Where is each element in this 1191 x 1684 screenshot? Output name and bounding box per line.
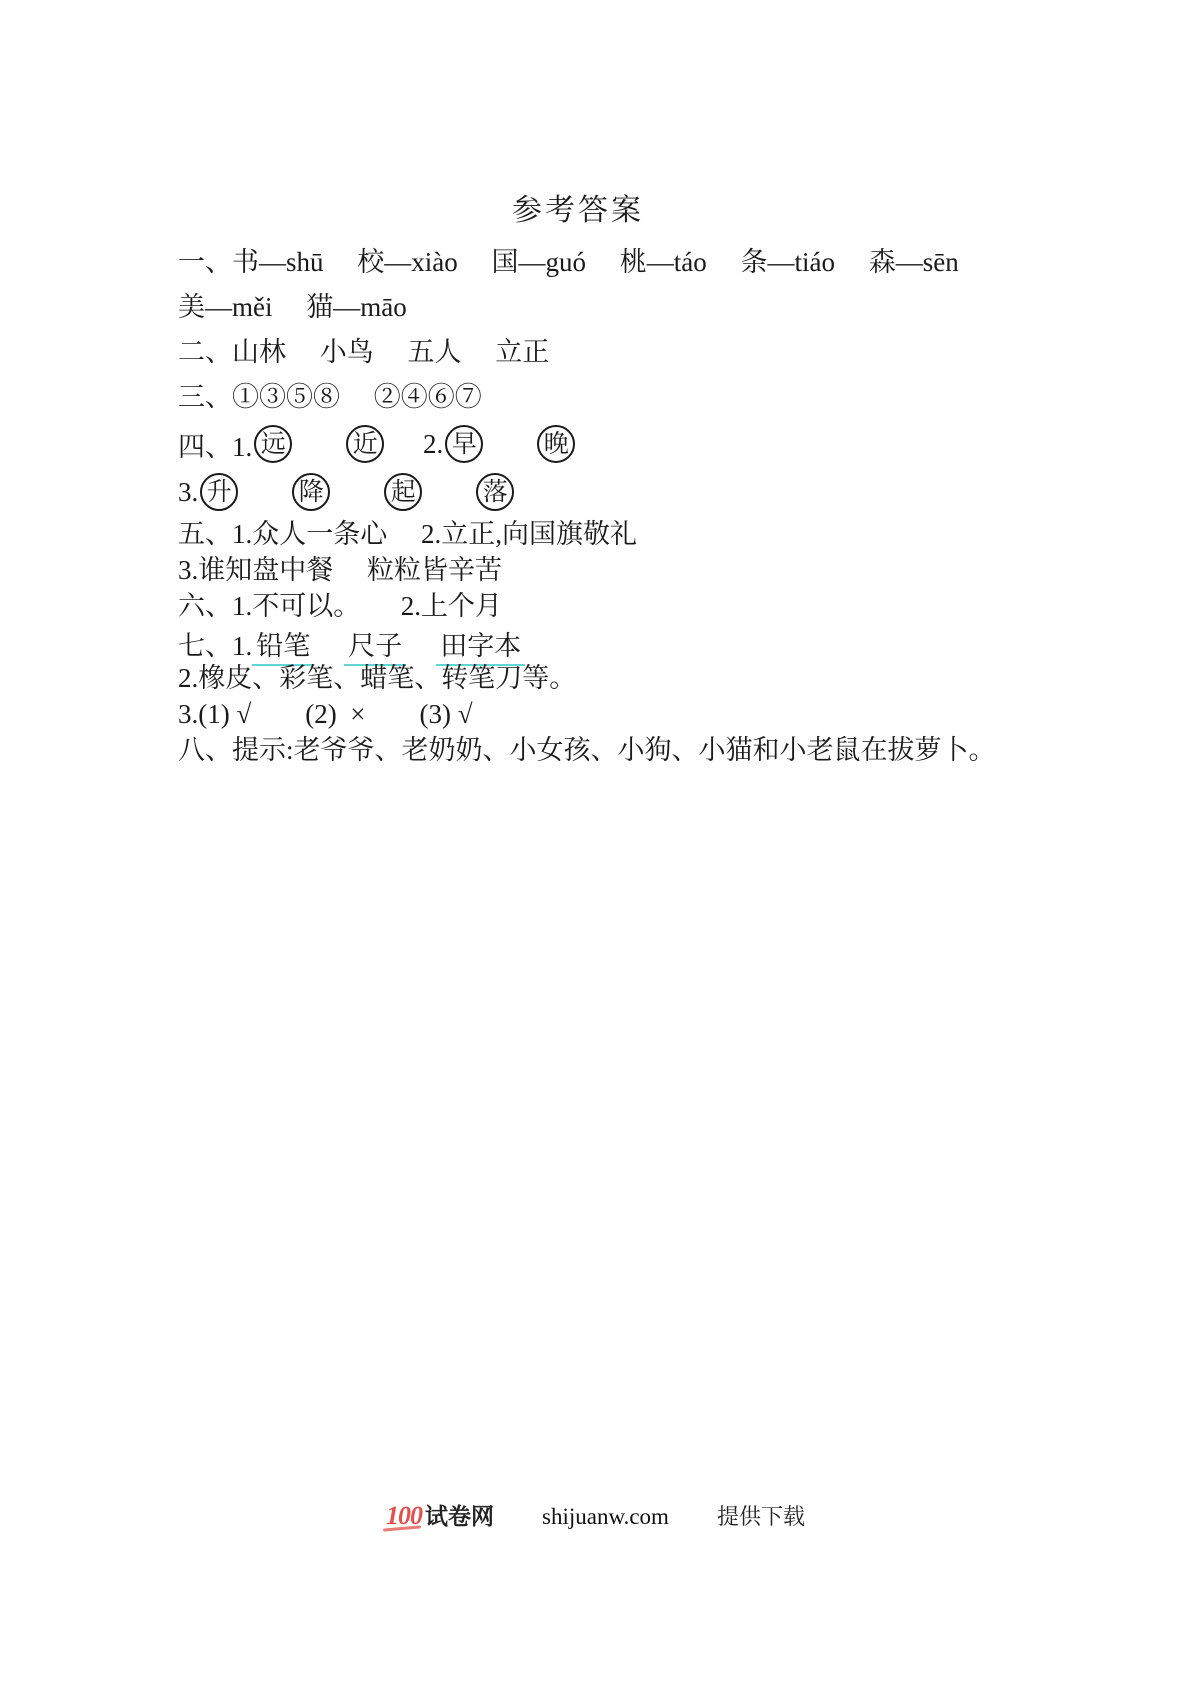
answer-line-q7-3: 3.(1) √ (2) × (3) √ <box>178 696 978 732</box>
q4-item2-label: 2. <box>416 429 443 460</box>
answer-line-q4-item-3: 3. 升 降 起 落 <box>178 468 978 516</box>
circled-answer: 近 <box>346 425 384 463</box>
circled-answer: 晚 <box>537 425 575 463</box>
answer-sheet: 参考答案 一、书—shū 校—xiào 国—guó 桃—táo 条—tiáo 森… <box>178 188 978 768</box>
q7-item1-label: 七、1. <box>178 624 252 663</box>
page-title: 参考答案 <box>178 188 978 234</box>
q4-item3-label: 3. <box>178 477 198 508</box>
answer-line-q7-item-1: 七、1. 铅笔 尺子 田字本 <box>178 624 978 660</box>
download-text: 提供下载 <box>717 1500 805 1531</box>
answer-line-q7-2: 2.橡皮、彩笔、蜡笔、转笔刀等。 <box>178 660 978 696</box>
q4-item1-label: 四、1. <box>178 425 252 464</box>
answer-line-q4-items-1-2: 四、1. 远 近 2. 早 晚 <box>178 420 978 468</box>
answer-line-q3: 三、①③⑤⑧ ②④⑥⑦ <box>178 375 978 420</box>
circled-answer: 起 <box>384 473 422 511</box>
answer-line-q6: 六、1.不可以。 2.上个月 <box>178 588 978 624</box>
site-logo: 100 试卷网 <box>386 1498 494 1531</box>
logo-site-name: 试卷网 <box>425 1498 494 1531</box>
answer-line-q8: 八、提示:老爷爷、老奶奶、小女孩、小狗、小猫和小老鼠在拔萝卜。 <box>178 732 978 768</box>
footer: 100 试卷网 shijuanw.com 提供下载 <box>0 1498 1191 1531</box>
answer-line-q1-cont: 美—měi 猫—māo <box>178 285 978 330</box>
answer-line-q5: 五、1.众人一条心 2.立正,向国旗敬礼 <box>178 516 978 552</box>
site-url: shijuanw.com <box>542 1504 669 1530</box>
answer-line-q5-cont: 3.谁知盘中餐 粒粒皆辛苦 <box>178 552 978 588</box>
circled-answer: 早 <box>445 425 483 463</box>
answer-line-q1: 一、书—shū 校—xiào 国—guó 桃—táo 条—tiáo 森—sēn <box>178 240 978 285</box>
document-page: 参考答案 一、书—shū 校—xiào 国—guó 桃—táo 条—tiáo 森… <box>0 0 1191 1684</box>
answer-line-q2: 二、山林 小鸟 五人 立正 <box>178 330 978 375</box>
circled-answer: 远 <box>254 425 292 463</box>
logo-100-text: 100 <box>386 1501 425 1531</box>
circled-answer: 落 <box>476 473 514 511</box>
circled-answer: 降 <box>292 473 330 511</box>
circled-answer: 升 <box>200 473 238 511</box>
